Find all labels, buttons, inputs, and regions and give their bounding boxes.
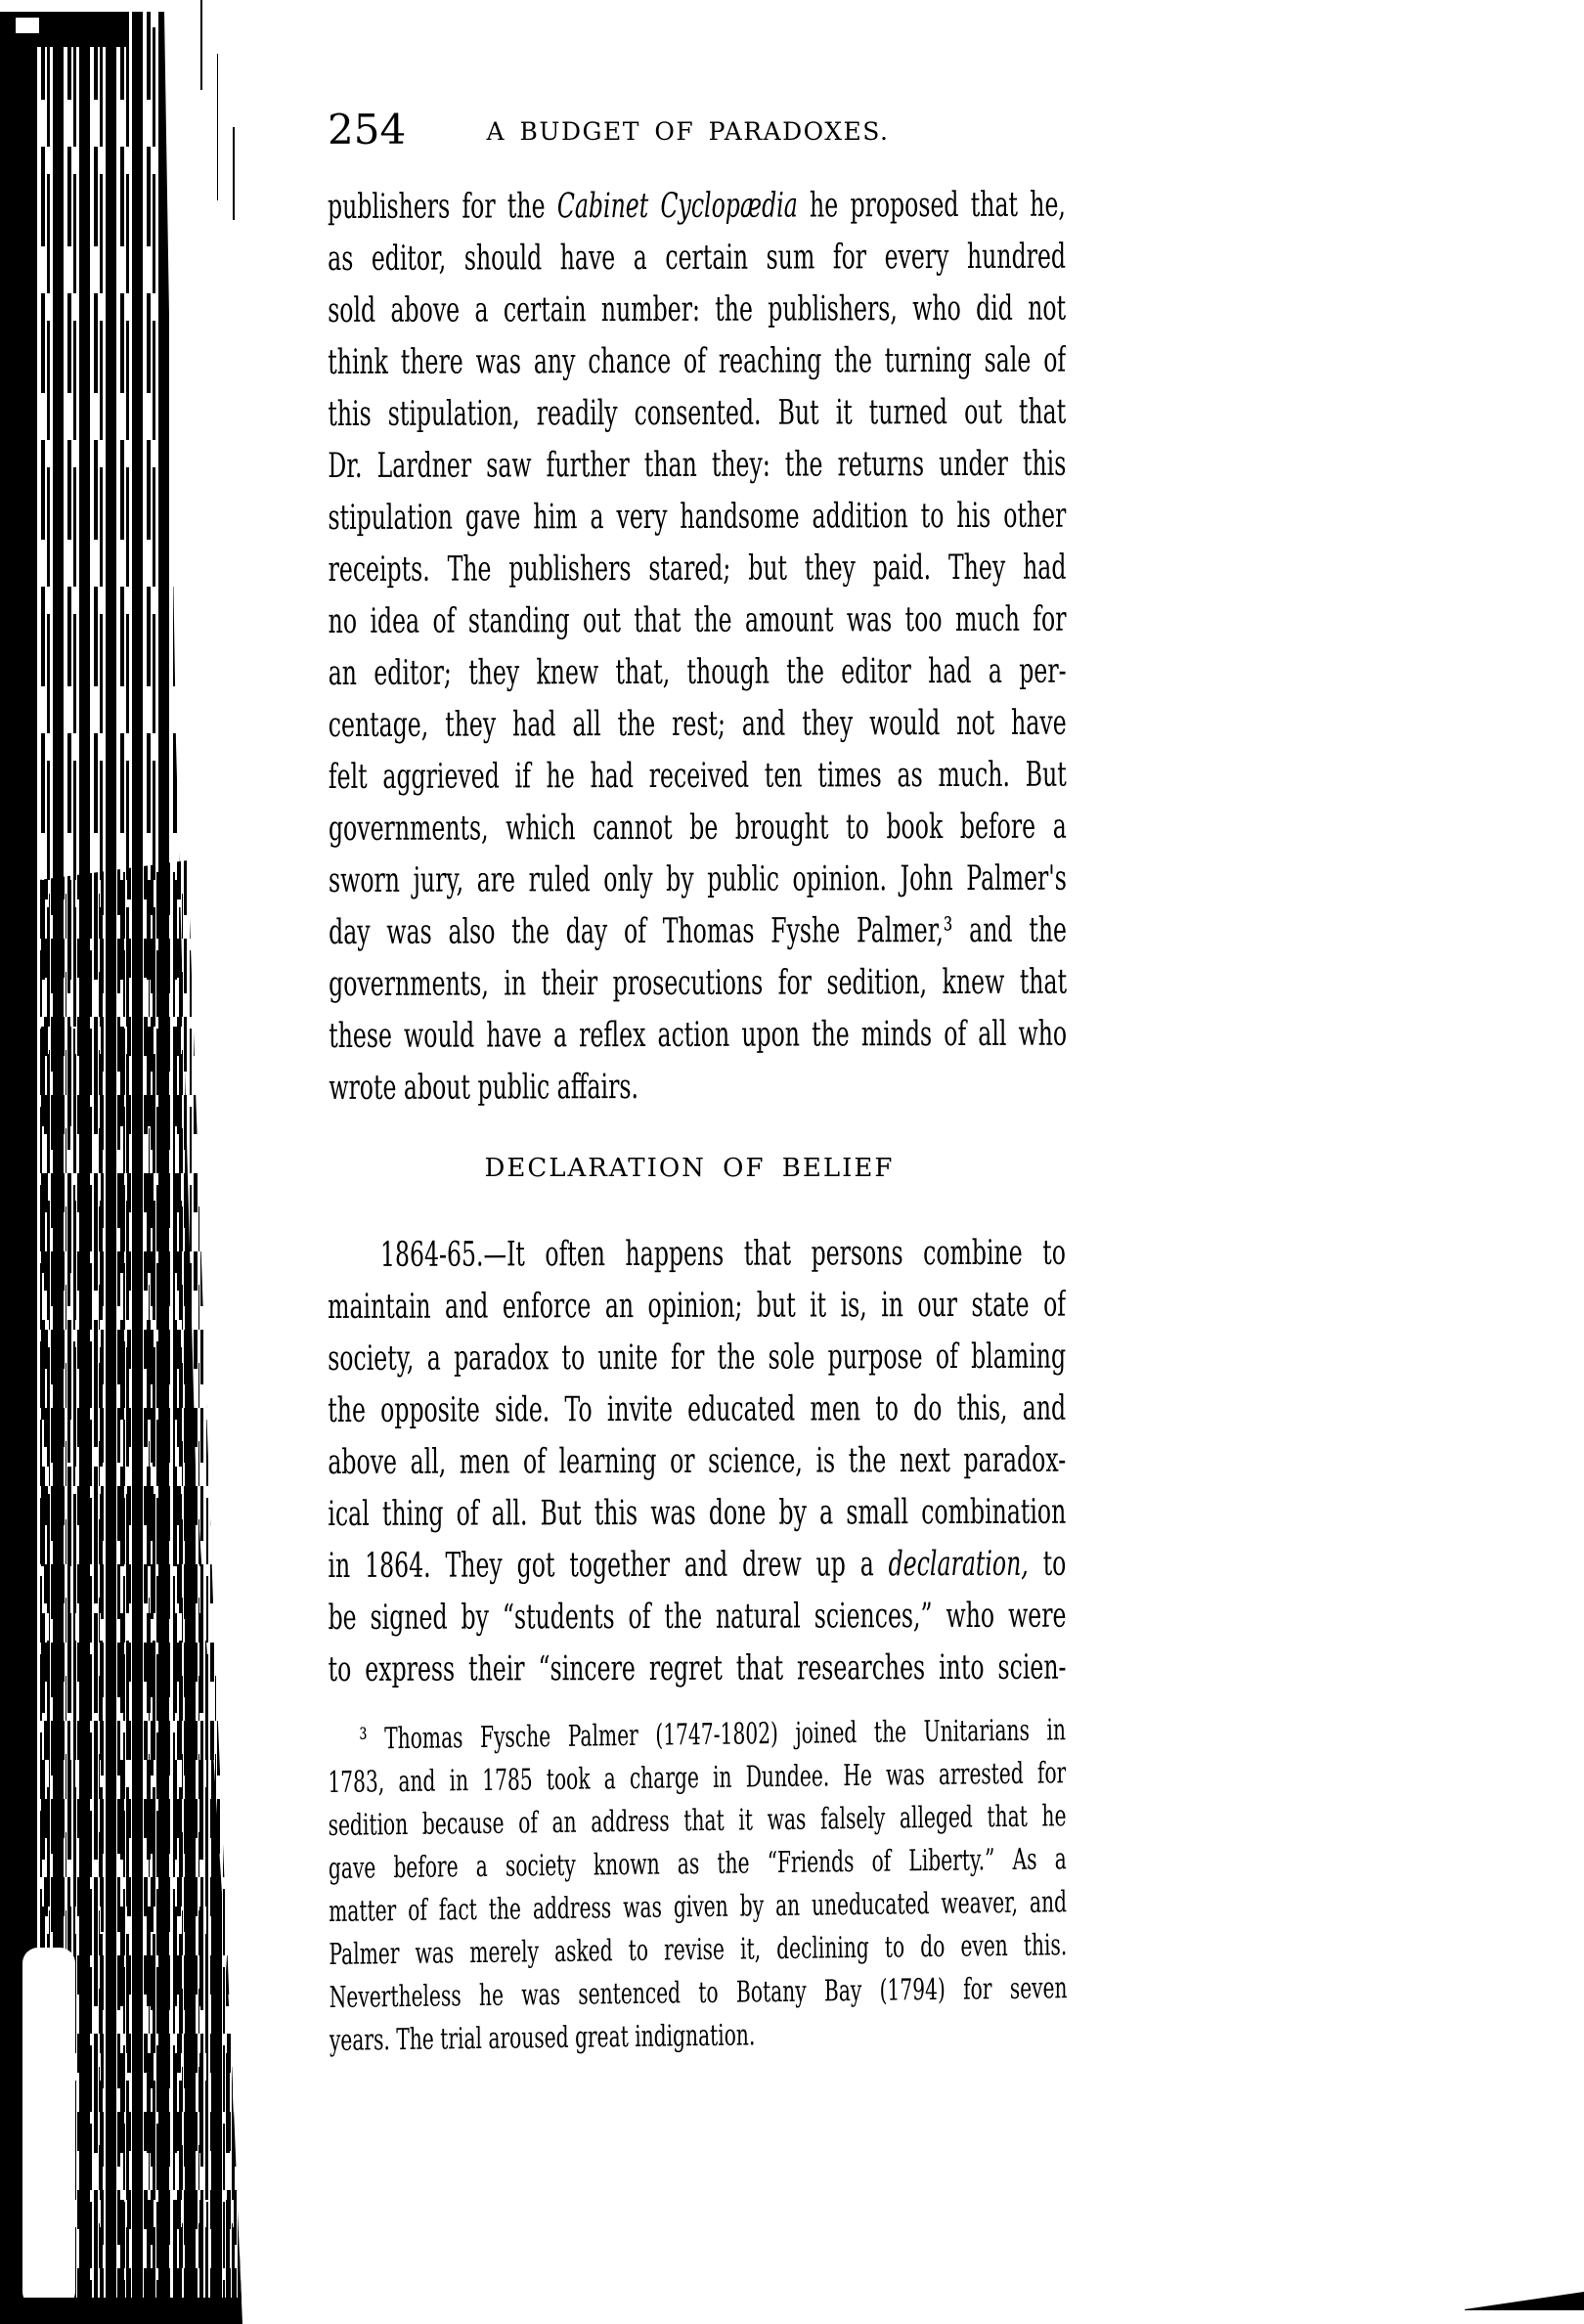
body-paragraph-2: 1864-65.—It often happens that persons c…: [328, 1228, 1067, 1696]
text-line: receipts. The publishers stared; but the…: [329, 543, 1067, 596]
text-line: ical thing of all. But this was done by …: [328, 1487, 1066, 1541]
section-heading: DECLARATION OF BELIEF: [328, 1154, 1051, 1183]
text-line: society, a paradox to unite for the sole…: [328, 1332, 1066, 1385]
text-line: day was also the day of Thomas Fyshe Pal…: [329, 905, 1067, 959]
page-header: 254 A BUDGET OF PARADOXES.: [328, 108, 1066, 162]
text-line: Dr. Lardner saw further than they: the r…: [328, 439, 1066, 493]
text-line: think there was any chance of reaching t…: [328, 335, 1066, 389]
scan-corner-artifact: [1465, 2292, 1584, 2324]
text-line: maintain and enforce an opinion; but it …: [328, 1280, 1066, 1334]
text-line: the opposite side. To invite educated me…: [328, 1383, 1066, 1437]
text-line: years. The trial aroused great indignati…: [330, 2010, 1068, 2063]
text-line: sold above a certain number: the publish…: [328, 284, 1066, 337]
text-line: sworn jury, are ruled only by public opi…: [329, 854, 1067, 907]
book-page: 254 A BUDGET OF PARADOXES. publishers fo…: [0, 0, 1584, 2324]
running-header: A BUDGET OF PARADOXES.: [328, 117, 1048, 147]
body-paragraph-1: publishers for the Cabinet Cyclopædia he…: [328, 180, 1067, 1115]
text-line: this stipulation, readily consented. But…: [328, 387, 1066, 441]
text-line: above all, men of learning or science, i…: [328, 1435, 1066, 1489]
text-line: as editor, should have a certain sum for…: [328, 232, 1066, 285]
text-line: be signed by “students of the natural sc…: [329, 1591, 1067, 1644]
text-line: publishers for the Cabinet Cyclopædia he…: [328, 180, 1066, 234]
scan-gutter-artifact: [0, 0, 254, 2324]
text-line: wrote about public affairs.: [329, 1061, 1067, 1115]
footnote: ³ Thomas Fysche Palmer (1747-1802) joine…: [328, 1709, 1068, 2063]
text-line: governments, which cannot be brought to …: [329, 802, 1067, 855]
text-line: felt aggrieved if he had received ten ti…: [329, 750, 1067, 804]
text-line: these would have a reflex action upon th…: [329, 1009, 1067, 1063]
text-line: stipulation gave him a very handsome add…: [328, 491, 1066, 545]
text-line: 1864-65.—It often happens that persons c…: [328, 1228, 1066, 1282]
text-line: in 1864. They got together and drew up a…: [328, 1539, 1066, 1593]
text-line: an editor; they knew that, though the ed…: [329, 646, 1067, 700]
text-line: no idea of standing out that the amount …: [329, 594, 1067, 648]
text-line: centage, they had all the rest; and they…: [329, 698, 1067, 752]
text-line: to express their “sincere regret that re…: [329, 1643, 1067, 1696]
text-line: governments, in their prosecutions for s…: [329, 957, 1067, 1011]
